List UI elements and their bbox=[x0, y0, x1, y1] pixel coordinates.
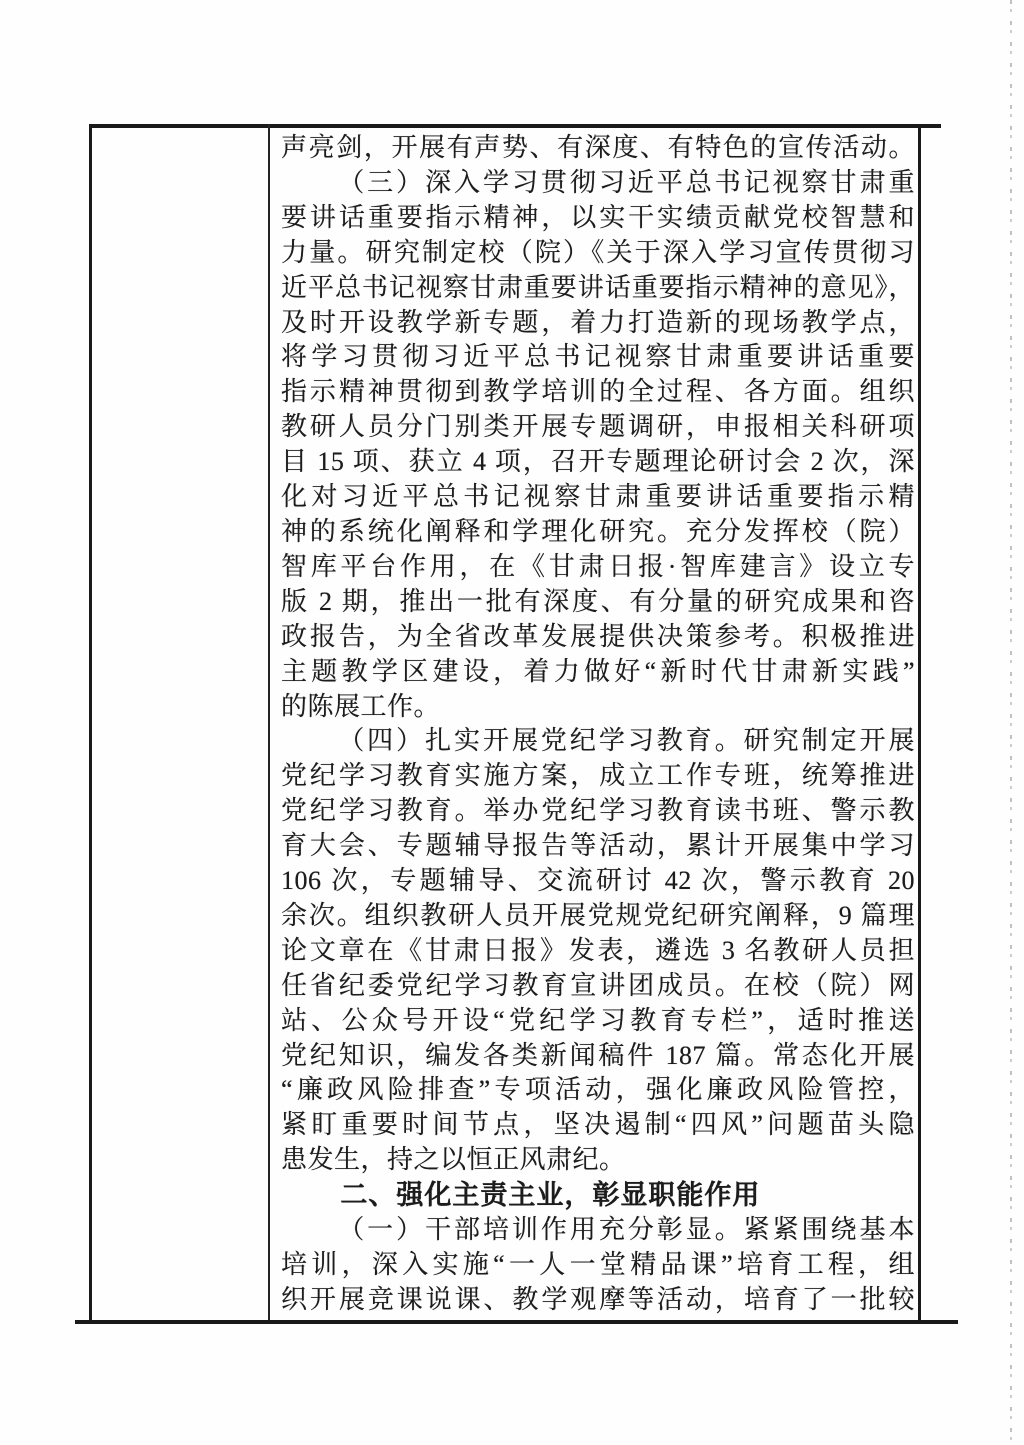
text-line: 指示精神贯彻到教学培训的全过程、各方面。组织 bbox=[281, 375, 915, 410]
text-line: “廉政风险排查”专项活动，强化廉政风险管控， bbox=[281, 1073, 915, 1108]
scanned-document-page: 声亮剑，开展有声势、有深度、有特色的宣传活动。（三）深入学习贯彻习近平总书记视察… bbox=[0, 0, 1024, 1445]
text-line: 神的系统化阐释和学理化研究。充分发挥校（院） bbox=[281, 515, 915, 550]
section-heading: 二、强化主责主业，彰显职能作用 bbox=[281, 1178, 915, 1213]
table-bottom-border bbox=[75, 1320, 958, 1324]
text-line: 近平总书记视察甘肃重要讲话重要指示精神的意见》， bbox=[281, 271, 915, 306]
text-line: 余次。组织教研人员开展党规党纪研究阐释，9 篇理 bbox=[281, 899, 915, 934]
table-right-border bbox=[918, 124, 921, 1324]
text-line: 的陈展工作。 bbox=[281, 690, 915, 725]
page-edge-scan-artifact bbox=[1010, 0, 1012, 1445]
text-line: 论文章在《甘肃日报》发表，遴选 3 名教研人员担 bbox=[281, 934, 915, 969]
text-line: 及时开设教学新专题，着力打造新的现场教学点， bbox=[281, 306, 915, 341]
text-line: 目 15 项、获立 4 项，召开专题理论研讨会 2 次，深 bbox=[281, 445, 915, 480]
text-line: 化对习近平总书记视察甘肃重要讲话重要指示精 bbox=[281, 480, 915, 515]
table-right-cell-text-column: 声亮剑，开展有声势、有深度、有特色的宣传活动。（三）深入学习贯彻习近平总书记视察… bbox=[281, 131, 915, 1318]
text-line: 政报告，为全省改革发展提供决策参考。积极推进 bbox=[281, 620, 915, 655]
text-line: 党纪学习教育实施方案，成立工作专班，统筹推进 bbox=[281, 759, 915, 794]
text-line: 教研人员分门别类开展专题调研，申报相关科研项 bbox=[281, 410, 915, 445]
text-line: 紧盯重要时间节点，坚决遏制“四风”问题苗头隐 bbox=[281, 1108, 915, 1143]
text-line: 要讲话重要指示精神，以实干实绩贡献党校智慧和 bbox=[281, 201, 915, 236]
text-line: 织开展竞课说课、教学观摩等活动，培育了一批较 bbox=[281, 1283, 915, 1318]
text-line: 培训，深入实施“一人一堂精品课”培育工程，组 bbox=[281, 1248, 915, 1283]
table-column-divider bbox=[268, 124, 270, 1322]
text-line: 党纪学习教育。举办党纪学习教育读书班、警示教 bbox=[281, 794, 915, 829]
text-line: 党纪知识，编发各类新闻稿件 187 篇。常态化开展 bbox=[281, 1039, 915, 1074]
text-line: 声亮剑，开展有声势、有深度、有特色的宣传活动。 bbox=[281, 131, 915, 166]
text-line: 智库平台作用，在《甘肃日报·智库建言》设立专 bbox=[281, 550, 915, 585]
text-line: 育大会、专题辅导报告等活动，累计开展集中学习 bbox=[281, 829, 915, 864]
text-line: （一）干部培训作用充分彰显。紧紧围绕基本 bbox=[281, 1213, 915, 1248]
text-line: 患发生，持之以恒正风肃纪。 bbox=[281, 1143, 915, 1178]
text-line: 版 2 期，推出一批有深度、有分量的研究成果和咨 bbox=[281, 585, 915, 620]
text-line: 106 次，专题辅导、交流研讨 42 次，警示教育 20 bbox=[281, 864, 915, 899]
text-line: （四）扎实开展党纪学习教育。研究制定开展 bbox=[281, 724, 915, 759]
text-line: （三）深入学习贯彻习近平总书记视察甘肃重 bbox=[281, 166, 915, 201]
text-line: 站、公众号开设“党纪学习教育专栏”，适时推送 bbox=[281, 1004, 915, 1039]
text-line: 主题教学区建设，着力做好“新时代甘肃新实践” bbox=[281, 655, 915, 690]
table-left-cell-empty bbox=[92, 128, 268, 1320]
text-line: 任省纪委党纪学习教育宣讲团成员。在校（院）网 bbox=[281, 969, 915, 1004]
text-line: 将学习贯彻习近平总书记视察甘肃重要讲话重要 bbox=[281, 340, 915, 375]
text-line: 力量。研究制定校（院）《关于深入学习宣传贯彻习 bbox=[281, 236, 915, 271]
